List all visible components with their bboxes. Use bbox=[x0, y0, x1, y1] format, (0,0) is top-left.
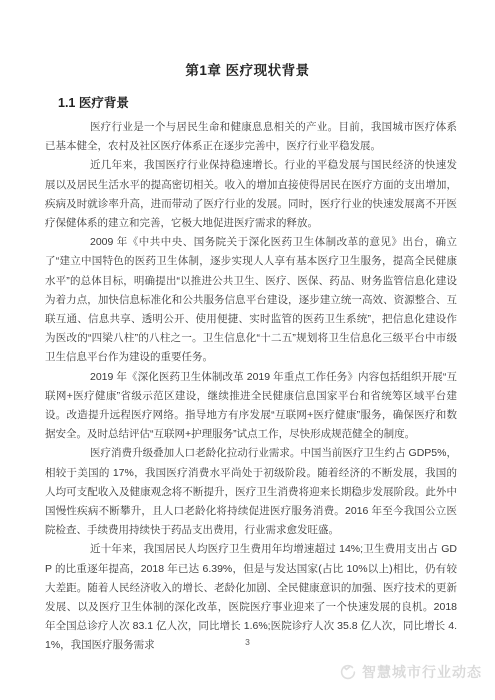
paragraph-3: 2009 年《中共中央、国务院关于深化医药卫生体制改革的意见》出台，确立了“建立… bbox=[45, 233, 457, 367]
paragraph-5: 医疗消费升级叠加人口老龄化拉动行业需求。中国当前医疗卫生约占 GDP5%，相较于… bbox=[45, 444, 457, 540]
chapter-title: 第1章 医疗现状背景 bbox=[0, 62, 495, 80]
paragraph-2: 近几年来，我国医疗行业保持稳速增长。行业的平稳发展与国民经济的快速发展以及居民生… bbox=[45, 156, 457, 233]
watermark: 智慧城市行业动态 bbox=[339, 662, 482, 682]
paragraph-1: 医疗行业是一个与居民生命和健康息息相关的产业。目前，我国城市医疗体系已基本健全，… bbox=[45, 118, 457, 156]
document-page: 第1章 医疗现状背景 1.1 医疗背景 医疗行业是一个与居民生命和健康息息相关的… bbox=[0, 0, 495, 700]
watermark-text: 智慧城市行业动态 bbox=[362, 662, 482, 682]
brand-logo-icon bbox=[339, 663, 357, 681]
section-heading: 1.1 医疗背景 bbox=[58, 95, 495, 111]
document-body: 医疗行业是一个与居民生命和健康息息相关的产业。目前，我国城市医疗体系已基本健全，… bbox=[45, 118, 457, 656]
page-number: 3 bbox=[0, 637, 495, 647]
paragraph-4: 2019 年《深化医药卫生体制改革 2019 年重点工作任务》内容包括组织开展“… bbox=[45, 368, 457, 445]
